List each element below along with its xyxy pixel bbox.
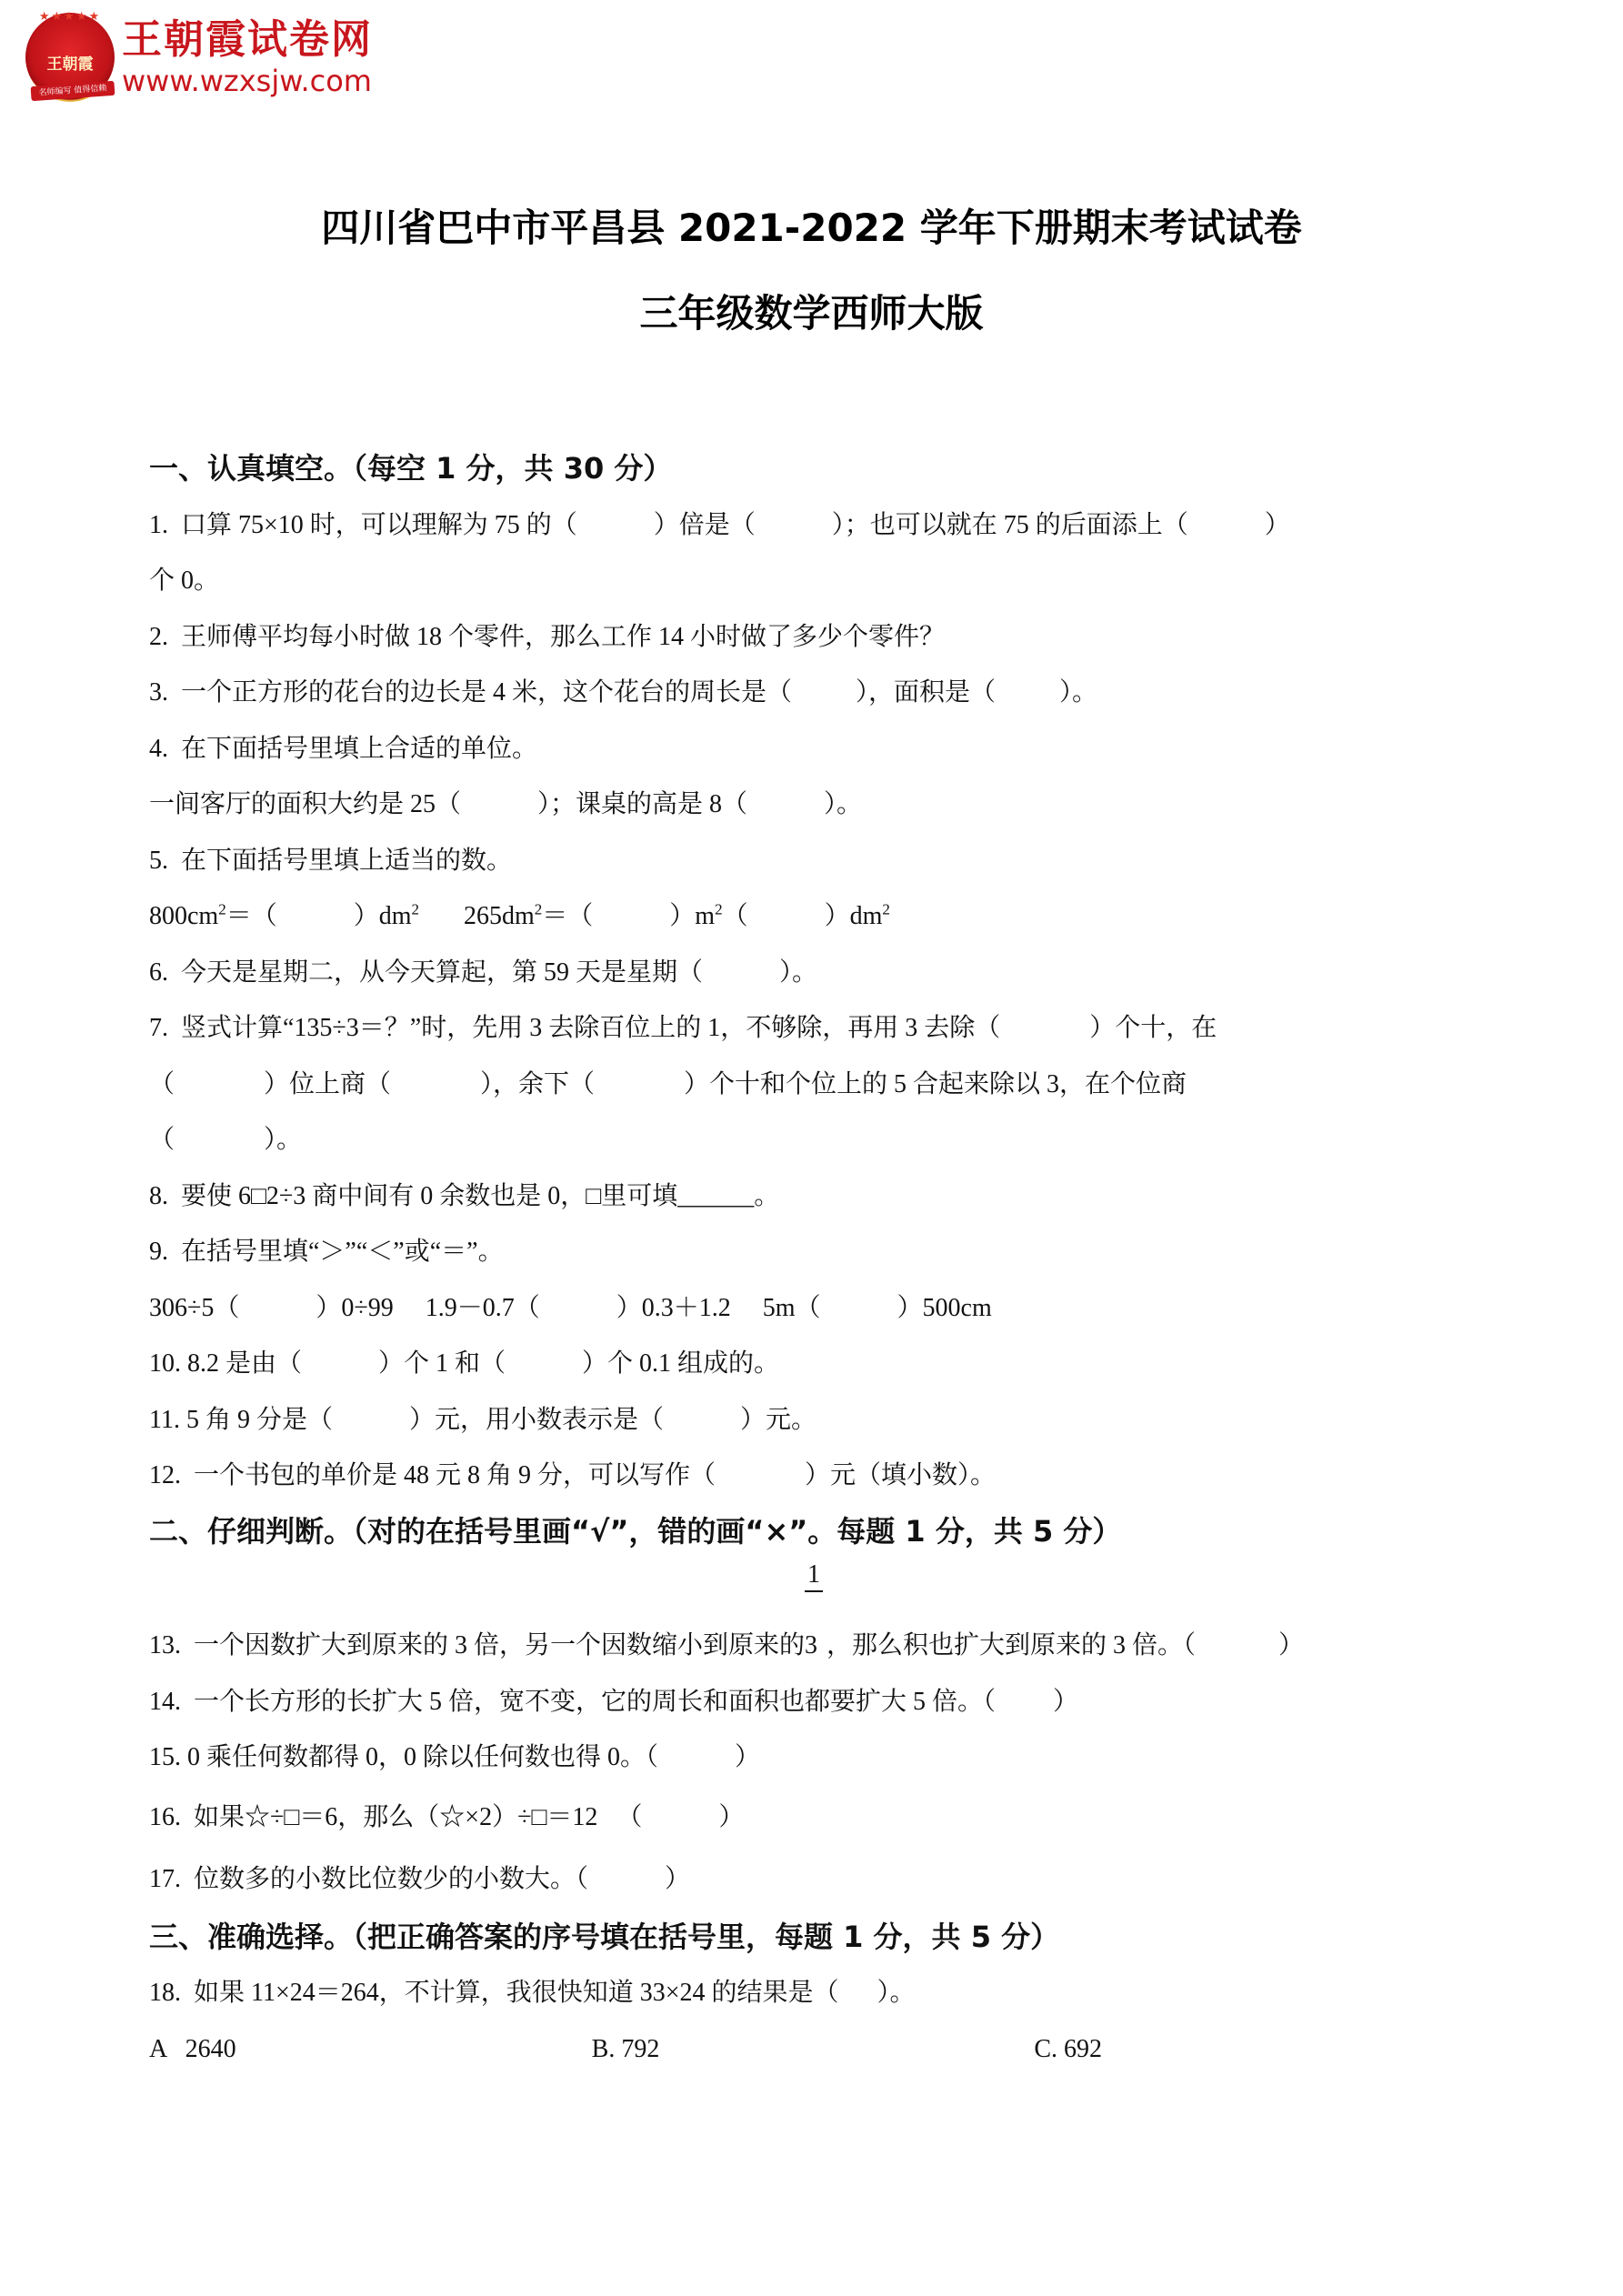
question-1-cont: 个 0。: [149, 553, 1477, 609]
fraction-numerator: 1: [807, 1560, 820, 1589]
question-6: 6. 今天是星期二，从今天算起，第 59 天是星期（ ）。: [149, 945, 1477, 1001]
superscript: 2: [882, 901, 890, 918]
site-logo: ★★★★★ 王朝霞 名师编写 值得信赖 王朝霞试卷网 www.wzxsjw.co…: [25, 7, 373, 107]
question-18: 18. 如果 11×24＝264，不计算，我很快知道 33×24 的结果是（ ）…: [149, 1965, 1477, 2021]
q5-a-mid: ＝（ ）dm: [226, 902, 412, 930]
document-title: 四川省巴中市平昌县 2021-2022 学年下册期末考试试卷: [0, 198, 1623, 253]
question-10: 10. 8.2 是由（ ）个 1 和（ ）个 0.1 组成的。: [149, 1336, 1477, 1392]
q5-a-left: 800cm: [149, 902, 218, 930]
question-15: 15. 0 乘任何数都得 0，0 除以任何数也得 0。（ ）: [149, 1730, 1477, 1786]
question-11: 11. 5 角 9 分是（ ）元，用小数表示是（ ）元。: [149, 1392, 1477, 1449]
fraction-bar: [805, 1590, 823, 1592]
exam-content: 一、认真填空。（每空 1 分，共 30 分） 1. 口算 75×10 时，可以理…: [149, 441, 1477, 2077]
question-5-sub: 800cm2＝（ ）dm2 265dm2＝（ ）m2（ ）dm2: [149, 888, 1477, 945]
superscript: 2: [218, 901, 226, 918]
option-a: A 2640: [149, 2021, 592, 2078]
brand-name: 王朝霞试卷网: [122, 17, 373, 63]
option-b: B. 792: [592, 2021, 1035, 2078]
q5-b-right: （ ）dm: [723, 902, 883, 930]
question-12: 12. 一个书包的单价是 48 元 8 角 9 分，可以写作（ ）元（填小数）。: [149, 1448, 1477, 1504]
option-c: C. 692: [1034, 2021, 1477, 2078]
question-7: 7. 竖式计算“135÷3＝？”时，先用 3 去除百位上的 1，不够除，再用 3…: [149, 1000, 1477, 1057]
stars-icon: ★★★★★: [39, 9, 101, 24]
question-1: 1. 口算 75×10 时，可以理解为 75 的（ ）倍是（ ）；也可以就在 7…: [149, 497, 1477, 554]
badge-ribbon: 名师编写 值得信赖: [31, 81, 115, 101]
question-8: 8. 要使 6□2÷3 商中间有 0 余数也是 0，□里可填______。: [149, 1168, 1477, 1225]
q13-text-after: ，那么积也扩大到原来的 3 倍。（ ）: [827, 1631, 1304, 1659]
brand-url: www.wzxsjw.com: [122, 65, 373, 97]
question-9: 9. 在括号里填“＞”“＜”或“＝”。: [149, 1224, 1477, 1280]
question-18-options: A 2640 B. 792 C. 692: [149, 2021, 1477, 2078]
fraction-one-third: 13: [805, 1618, 827, 1674]
section-heading-judge: 二、仔细判断。（对的在括号里画“√”，错的画“×”。每题 1 分，共 5 分）: [149, 1504, 1477, 1560]
question-7-cont2: （ ）。: [149, 1112, 1477, 1168]
question-16: 16. 如果☆÷□＝6，那么（☆×2）÷□＝12 （ ）: [149, 1786, 1477, 1850]
section-heading-choice: 三、准确选择。（把正确答案的序号填在括号里，每题 1 分，共 5 分）: [149, 1910, 1477, 1966]
question-13: 13. 一个因数扩大到原来的 3 倍，另一个因数缩小到原来的13，那么积也扩大到…: [149, 1618, 1477, 1674]
q5-b-mid: ＝（ ）m: [542, 902, 715, 930]
logo-badge-icon: ★★★★★ 王朝霞 名师编写 值得信赖: [25, 13, 115, 102]
superscript: 2: [535, 901, 543, 918]
question-9-sub: 306÷5（ ）0÷99 1.9－0.7（ ）0.3＋1.2 5m（ ）500c…: [149, 1280, 1477, 1337]
question-4: 4. 在下面括号里填上合适的单位。: [149, 721, 1477, 777]
section-heading-fill-blank: 一、认真填空。（每空 1 分，共 30 分）: [149, 441, 1477, 497]
superscript: 2: [412, 901, 420, 918]
fraction-denominator: 3: [805, 1631, 817, 1659]
question-7-cont: （ ）位上商（ ），余下（ ）个十和个位上的 5 合起来除以 3，在个位商: [149, 1057, 1477, 1113]
question-4-sub: 一间客厅的面积大约是 25（ ）；课桌的高是 8（ ）。: [149, 777, 1477, 833]
q13-text-before: 13. 一个因数扩大到原来的 3 倍，另一个因数缩小到原来的: [149, 1631, 805, 1659]
document-subtitle: 三年级数学西师大版: [0, 284, 1623, 338]
q5-b-left: 265dm: [419, 902, 535, 930]
question-5: 5. 在下面括号里填上适当的数。: [149, 833, 1477, 889]
superscript: 2: [715, 901, 723, 918]
brand: 王朝霞试卷网 www.wzxsjw.com: [122, 17, 373, 97]
question-14: 14. 一个长方形的长扩大 5 倍，宽不变，它的周长和面积也都要扩大 5 倍。（…: [149, 1674, 1477, 1730]
question-17: 17. 位数多的小数比位数少的小数大。（ ）: [149, 1850, 1477, 1910]
badge-text: 王朝霞: [47, 51, 94, 74]
question-3: 3. 一个正方形的花台的边长是 4 米，这个花台的周长是（ ），面积是（ ）。: [149, 665, 1477, 721]
question-2: 2. 王师傅平均每小时做 18 个零件，那么工作 14 小时做了多少个零件？: [149, 609, 1477, 666]
